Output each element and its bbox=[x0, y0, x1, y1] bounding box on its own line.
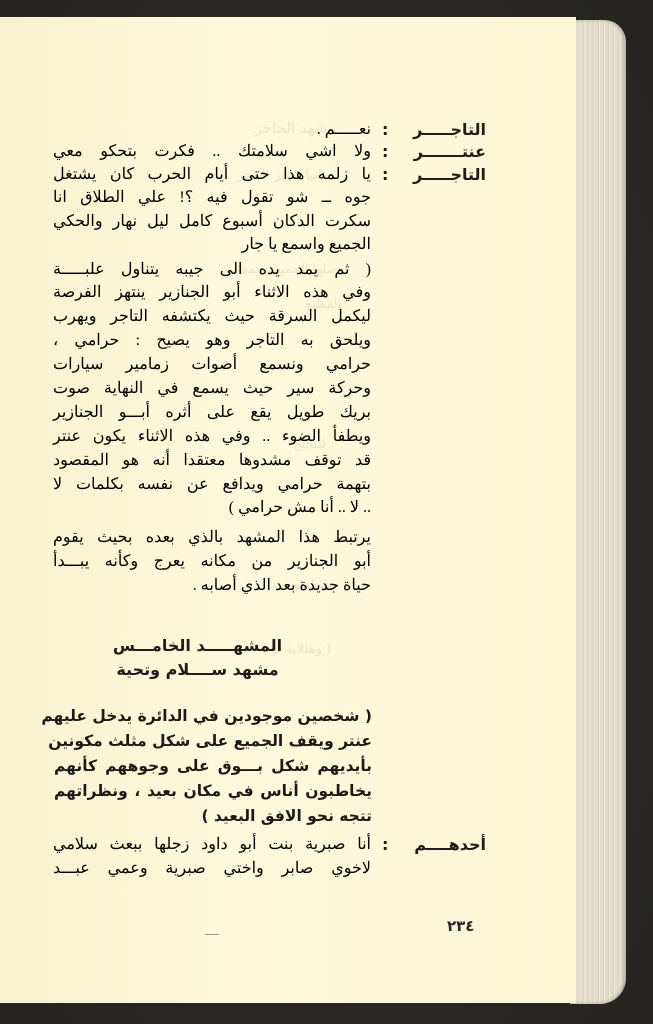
speaker-colon: : bbox=[382, 142, 388, 161]
dialogue-line: نعـــــم . bbox=[317, 118, 371, 142]
scene-title: المشهـــــد الخامـــس bbox=[100, 636, 295, 655]
stage-direction-line: بريك طويل يقع على أثره أبـــو الجنازير bbox=[53, 401, 371, 425]
book-page: مشهد الحاجز ثانيا يتنفر التاجر حصلها الج… bbox=[0, 17, 576, 1003]
speaker-label: التاجـــــر bbox=[413, 120, 486, 139]
stage-direction-line: وفي هذه الاثناء أبو الجنازير ينتهز الفرص… bbox=[53, 281, 371, 305]
stage-direction-line: قد توقف مشدوها معتقدا أنه هو المقصود bbox=[53, 449, 371, 473]
paragraph-line: حياة جديدة بعد الذي أصابه . bbox=[193, 574, 371, 598]
page-number: ٢٣٤ bbox=[447, 917, 474, 935]
book-photo-scene: مشهد الحاجز ثانيا يتنفر التاجر حصلها الج… bbox=[0, 0, 653, 1024]
scene-subtitle: مشهد ســــلام وتحية bbox=[100, 660, 295, 679]
speaker-label: أحدهــــم bbox=[414, 835, 486, 854]
stage-direction-bold-line: عنتر ويقف الجميع على شكل مثلث مكونين bbox=[54, 732, 372, 750]
speaker-label: عنتـــــــر bbox=[414, 142, 486, 161]
dialogue-line: الجميع واسمع يا جار bbox=[242, 233, 371, 257]
stage-direction-line: وحركة سير حيث يسمع في النهاية صوت bbox=[53, 377, 371, 401]
paragraph-line: أبو الجنازير من مكانه يعرج وكأنه يبـــدأ bbox=[53, 550, 371, 574]
dialogue-line: سكرت الدكان أسبوع كامل ليل نهار والحكي bbox=[53, 210, 371, 234]
stage-direction-bold-line: ( شخصين موجودين في الدائرة يدخل عليهم bbox=[54, 707, 372, 725]
footer-mark bbox=[205, 934, 219, 935]
speaker-label: التاجـــــر bbox=[413, 165, 486, 184]
stage-direction-bold-line: يخاطبون أناس في مكان بعيد ، ونظراتهم bbox=[54, 782, 372, 800]
stage-direction-line: حرامي ونسمع أصوات زمامير سيارات bbox=[53, 353, 371, 377]
stage-direction-line: ويلحق به التاجر وهو يصيح : حرامي ، bbox=[53, 329, 371, 353]
stage-direction-line: بتهمة حرامي ويدافع عن نفسه بكلمات لا bbox=[53, 473, 371, 497]
stage-direction-line: ليكمل السرقة حيث يكتشفه التاجر ويهرب bbox=[53, 305, 371, 329]
dialogue-line: أنا صبرية بنت أبو داود زجلها ببعث سلامي bbox=[53, 833, 371, 857]
stage-direction-bold-line: تتجه نحو الافق البعيد ) bbox=[201, 807, 372, 825]
speaker-colon: : bbox=[382, 120, 388, 139]
dialogue-line: ولا اشي سلامتك .. فكرت بتحكو معي bbox=[53, 140, 371, 164]
speaker-colon: : bbox=[382, 835, 388, 854]
paragraph-line: يرتبط هذا المشهد بالذي بعده بحيث يقوم bbox=[53, 526, 371, 550]
dialogue-line: جوه ــ شو تقول فيه ؟! علي الطلاق انا bbox=[53, 186, 371, 210]
dialogue-line: يا زلمه هذا حتى أيام الحرب كان يشتغل bbox=[53, 163, 371, 187]
page-edges bbox=[570, 20, 626, 1004]
dialogue-line: لاخوي صابر واختي صبرية وعمي عبـــد bbox=[53, 857, 371, 881]
speaker-colon: : bbox=[382, 165, 388, 184]
stage-direction-line: .. لا .. أنا مش حرامي ) bbox=[229, 496, 371, 520]
stage-direction-line: ( ثم يمد يده الى جيبه يتناول علبـــــة bbox=[53, 258, 371, 282]
stage-direction-line: ويطفأ الضوء .. وفي هذه الاثناء يكون عنتر bbox=[53, 425, 371, 449]
stage-direction-bold-line: بأيديهم شكل بـــوق على وجوههم كأنهم bbox=[54, 757, 372, 775]
